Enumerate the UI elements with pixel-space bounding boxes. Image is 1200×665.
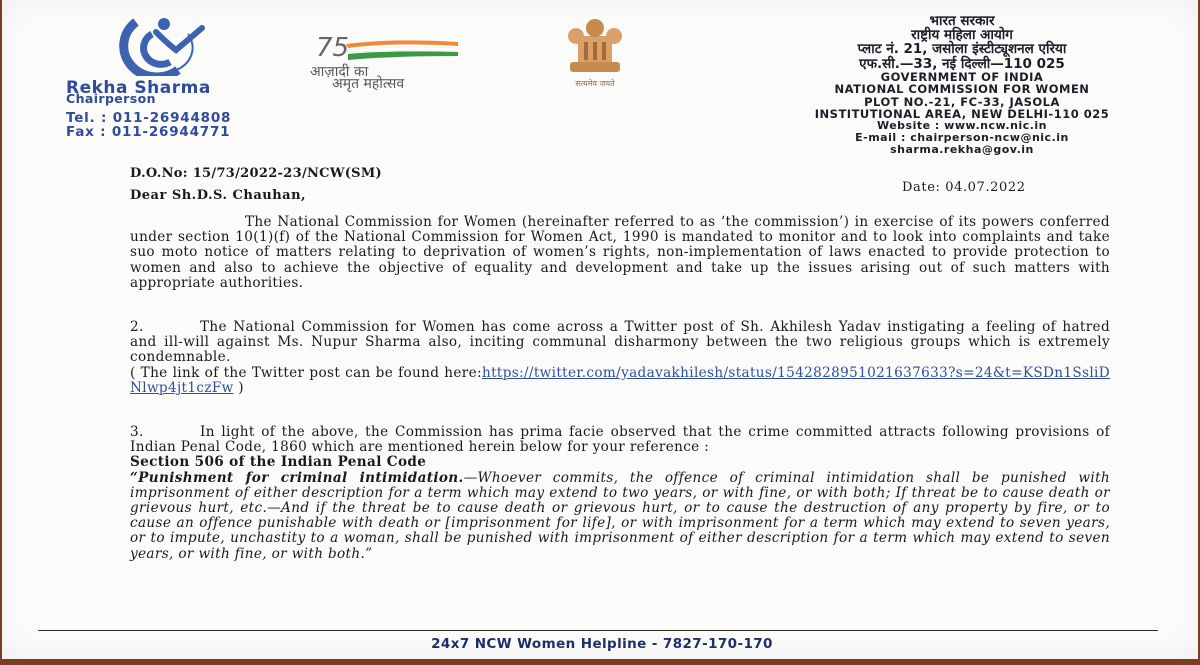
svg-text:75: 75 [316,36,349,63]
helpline-footer: 24x7 NCW Women Helpline - 7827-170-170 [2,636,1200,652]
letter-page: Rekha Sharma Chairperson Tel. : 011-2694… [2,0,1198,659]
paragraph-1-text: The National Commission for Women (herei… [130,214,1110,291]
national-emblem-icon [562,14,628,84]
emblem-caption: सत्यमेव जयते [562,78,628,89]
section-heading: Section 506 of the Indian Penal Code [130,454,426,470]
email-personal: sharma.rekha@gov.in [742,144,1182,156]
sender-role: Chairperson [66,91,156,106]
paragraph-2-text: The National Commission for Women has co… [130,319,1110,365]
english-line: NATIONAL COMMISSION FOR WOMEN [742,83,1182,95]
letter-date: Date: 04.07.2022 [902,180,1026,195]
paragraph-2-number: 2. [130,320,200,335]
reference-number: D.O.No: 15/73/2022-23/NCW(SM) [130,166,382,181]
hindi-line: प्लाट नं. 21, जसोला इंस्टीट्यूशनल एरिया [742,42,1182,56]
paragraph-1: The National Commission for Women (herei… [130,215,1110,291]
azadi-text-line2: अमृत महोत्सव [332,74,404,93]
fax: Fax : 011-26944771 [66,124,230,140]
quote-title: “Punishment for criminal intimidation. [130,470,464,486]
link-intro: ( The link of the Twitter post can be fo… [130,365,482,381]
paragraph-3-number: 3. [130,425,200,440]
hindi-line: एफ.सी.—33, नई दिल्ली—110 025 [742,57,1182,71]
paragraph-3-text: In light of the above, the Commission ha… [130,424,1110,455]
paragraph-2: 2.The National Commission for Women has … [130,320,1110,396]
link-close: ) [234,380,244,396]
footer-divider [38,630,1158,631]
salutation: Dear Sh.D.S. Chauhan, [130,188,306,203]
ipc-quote: “Punishment for criminal intimidation.—W… [130,470,1110,562]
letterhead-address-block: भारत सरकार राष्ट्रीय महिला आयोग प्लाट नं… [742,14,1182,156]
paragraph-3: 3.In light of the above, the Commission … [130,425,1110,562]
ncw-logo-icon [106,14,216,76]
